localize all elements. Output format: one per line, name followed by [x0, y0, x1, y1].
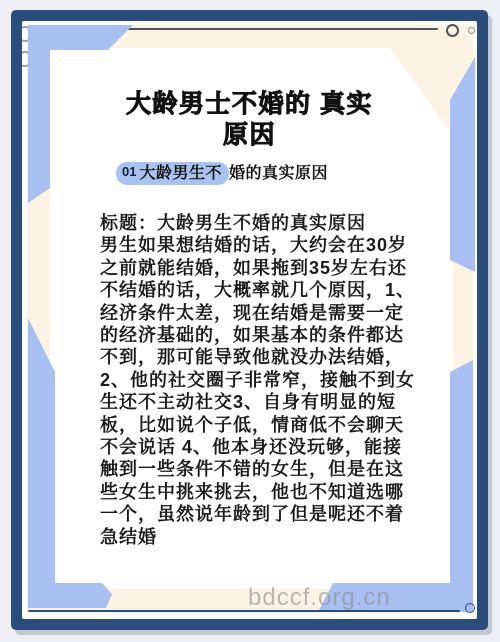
bottom-decor-line — [28, 610, 460, 612]
page-title-line2: 原因 — [22, 120, 477, 151]
body-intro-line: 标题：大龄男生不婚的真实原因 — [100, 212, 416, 234]
bottom-ring-icon — [465, 603, 475, 613]
watermark: bdccf.org.cn — [248, 584, 391, 612]
subtitle-highlight-text: 大龄男生不 — [139, 165, 222, 182]
page-title: 大龄男士不婚的 真实 原因 — [22, 89, 477, 151]
body-main-text: 男生如果想结婚的话，大约会在30岁之前就能结婚，如果拖到35岁左右还不结婚的话，… — [100, 234, 416, 548]
subtitle-number: 01 — [122, 164, 136, 179]
inner-panel: 大龄男士不婚的 真实 原因 01大龄男生不婚的真实原因 标题：大龄男生不婚的真实… — [22, 21, 477, 619]
body-text: 标题：大龄男生不婚的真实原因 男生如果想结婚的话，大约会在30岁之前就能结婚，如… — [100, 212, 416, 548]
subtitle-highlight: 01大龄男生不 — [116, 162, 229, 185]
top-dot-icon — [468, 27, 475, 34]
top-ring-icon — [446, 24, 459, 37]
subtitle: 01大龄男生不婚的真实原因 — [116, 160, 328, 183]
page-title-line1: 大龄男士不婚的 真实 — [22, 89, 477, 120]
subtitle-rest-text: 婚的真实原因 — [229, 165, 328, 182]
navy-frame: 大龄男士不婚的 真实 原因 01大龄男生不婚的真实原因 标题：大龄男生不婚的真实… — [11, 10, 488, 630]
